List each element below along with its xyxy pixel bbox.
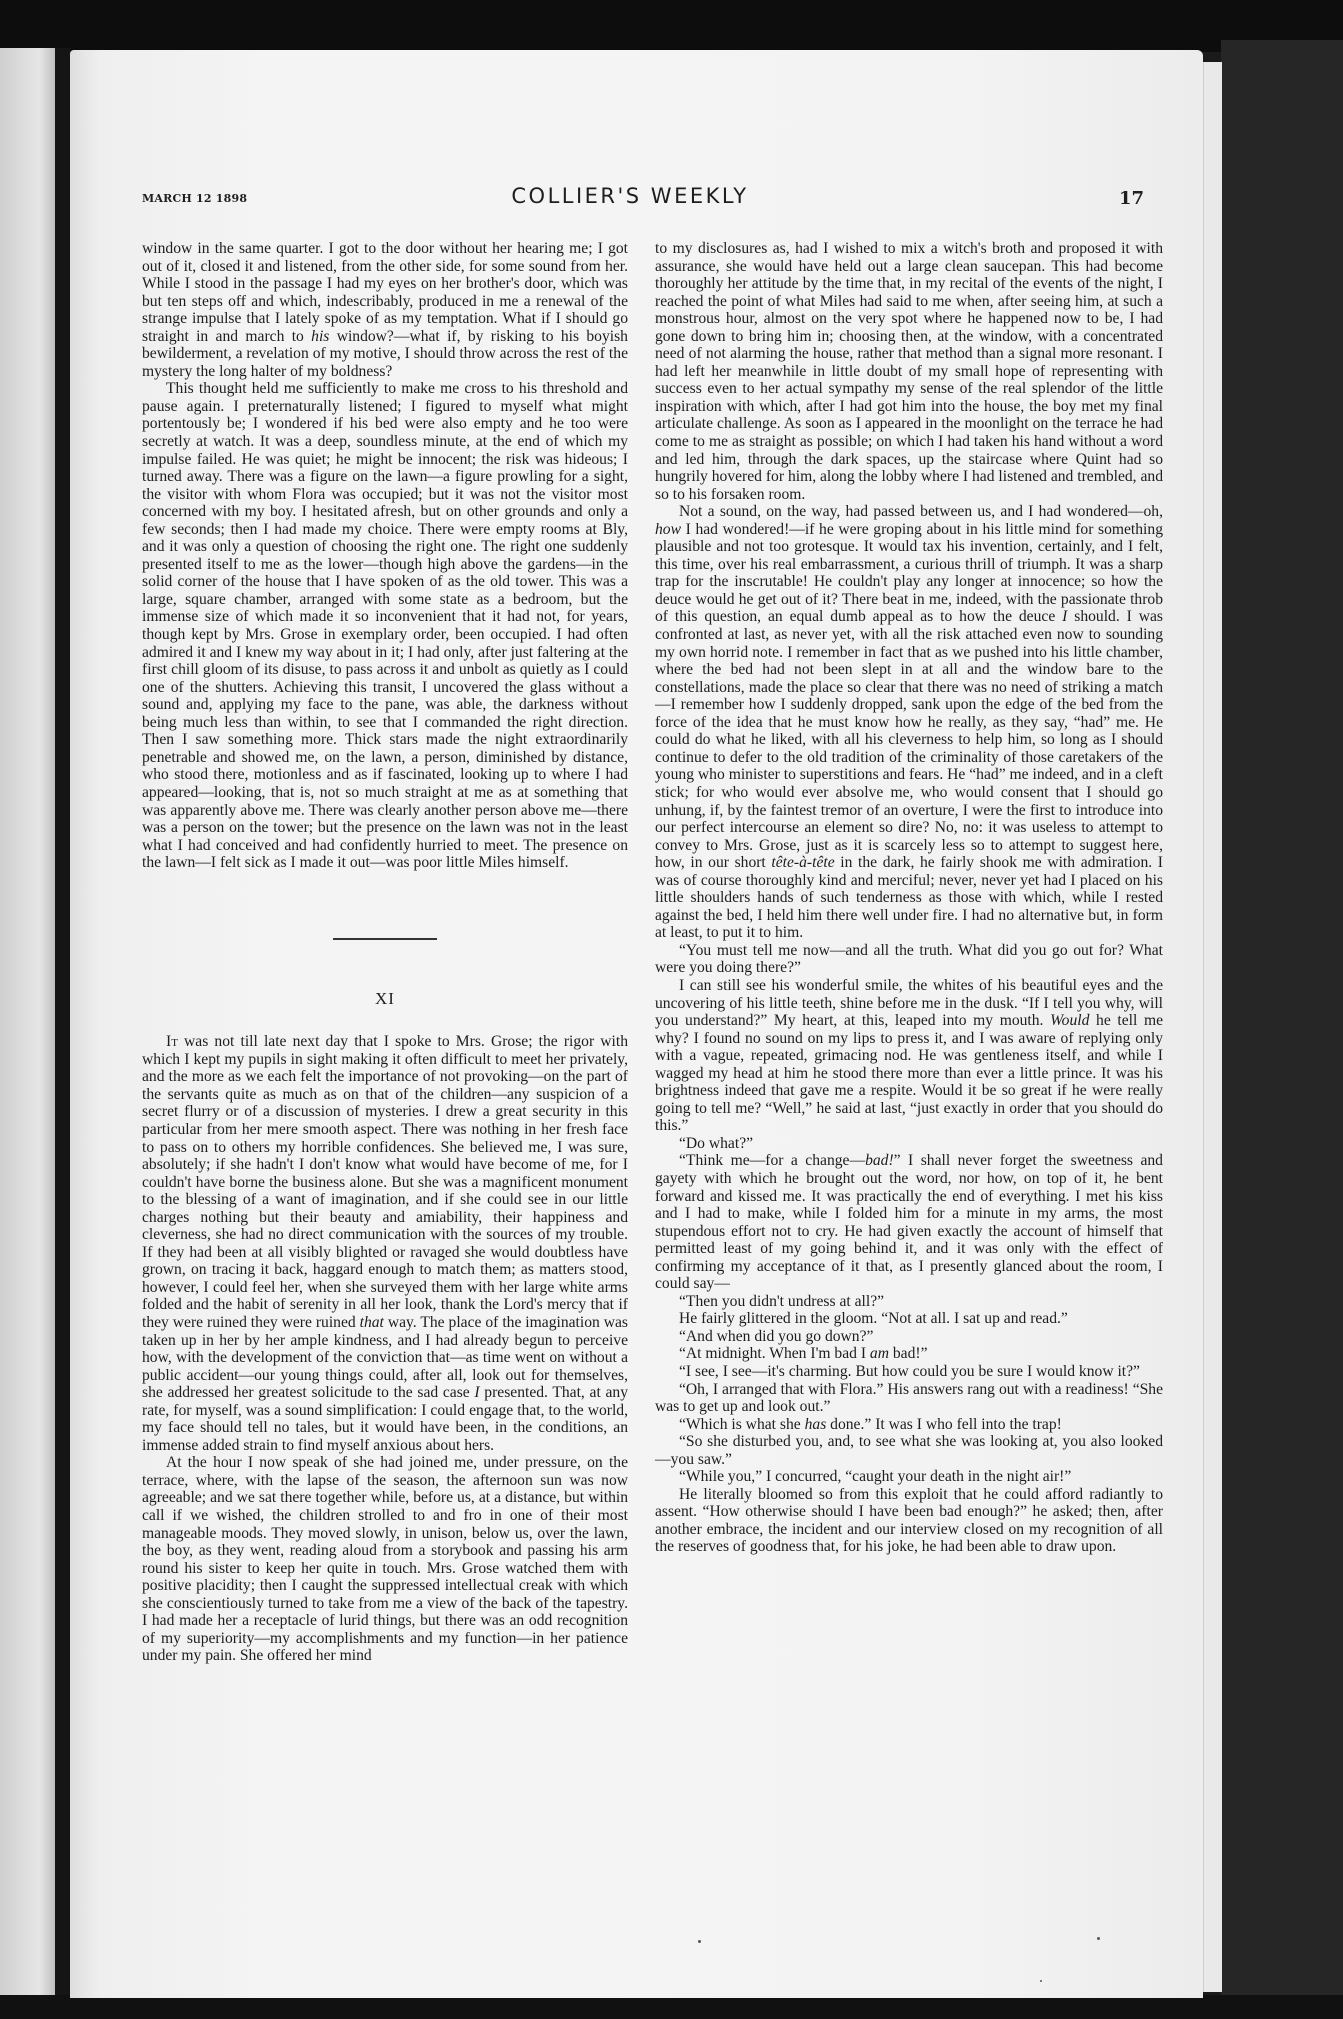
paragraph: “So she disturbed you, and, to see what … [655,1433,1163,1468]
paragraph: “Which is what she has done.” It was I w… [655,1416,1163,1434]
page-number: 17 [1119,188,1144,209]
paragraph: At the hour I now speak of she had joine… [142,1454,628,1665]
paper-speck [698,1940,701,1943]
previous-page-edge [0,48,56,2008]
paragraph: It was not till late next day that I spo… [142,1033,628,1454]
page-stack-edge [1203,62,1222,1992]
paragraph: window in the same quarter. I got to the… [142,240,628,380]
chapter-opening-word: It [166,1033,178,1050]
scan-background-right [1221,40,1343,2019]
paper-speck [1040,1980,1042,1982]
paragraph: He literally bloomed so from this exploi… [655,1486,1163,1556]
chapter-heading: XI [142,990,628,1008]
paper-speck [1097,1937,1100,1940]
section-divider-rule [333,938,437,940]
left-column: window in the same quarter. I got to the… [142,240,628,1665]
paragraph: “You must tell me now—and all the truth.… [655,942,1163,977]
paragraph: This thought held me sufficiently to mak… [142,380,628,871]
paragraph: I can still see his wonderful smile, the… [655,977,1163,1135]
paragraph: Not a sound, on the way, had passed betw… [655,503,1163,942]
publication-title: COLLIER'S WEEKLY [130,184,1130,208]
paragraph: “Then you didn't undress at all?” [655,1293,1163,1311]
running-header: MARCH 12 1898 COLLIER'S WEEKLY 17 [130,186,1130,216]
scan-background-top [0,0,1343,52]
paragraph: “At midnight. When I'm bad I am bad!” [655,1345,1163,1363]
paragraph: to my disclosures as, had I wished to mi… [655,240,1163,503]
right-column: to my disclosures as, had I wished to mi… [655,240,1163,1556]
scan-background-bottom [0,1995,1343,2019]
paragraph: “Oh, I arranged that with Flora.” His an… [655,1381,1163,1416]
paragraph: “And when did you go down?” [655,1328,1163,1346]
binding-gutter [55,48,71,2008]
paragraph: “While you,” I concurred, “caught your d… [655,1468,1163,1486]
paragraph: “Think me—for a change—bad!” I shall nev… [655,1152,1163,1292]
paragraph: “I see, I see—it's charming. But how cou… [655,1363,1163,1381]
paragraph: “Do what?” [655,1135,1163,1153]
paragraph: He fairly glittered in the gloom. “Not a… [655,1310,1163,1328]
